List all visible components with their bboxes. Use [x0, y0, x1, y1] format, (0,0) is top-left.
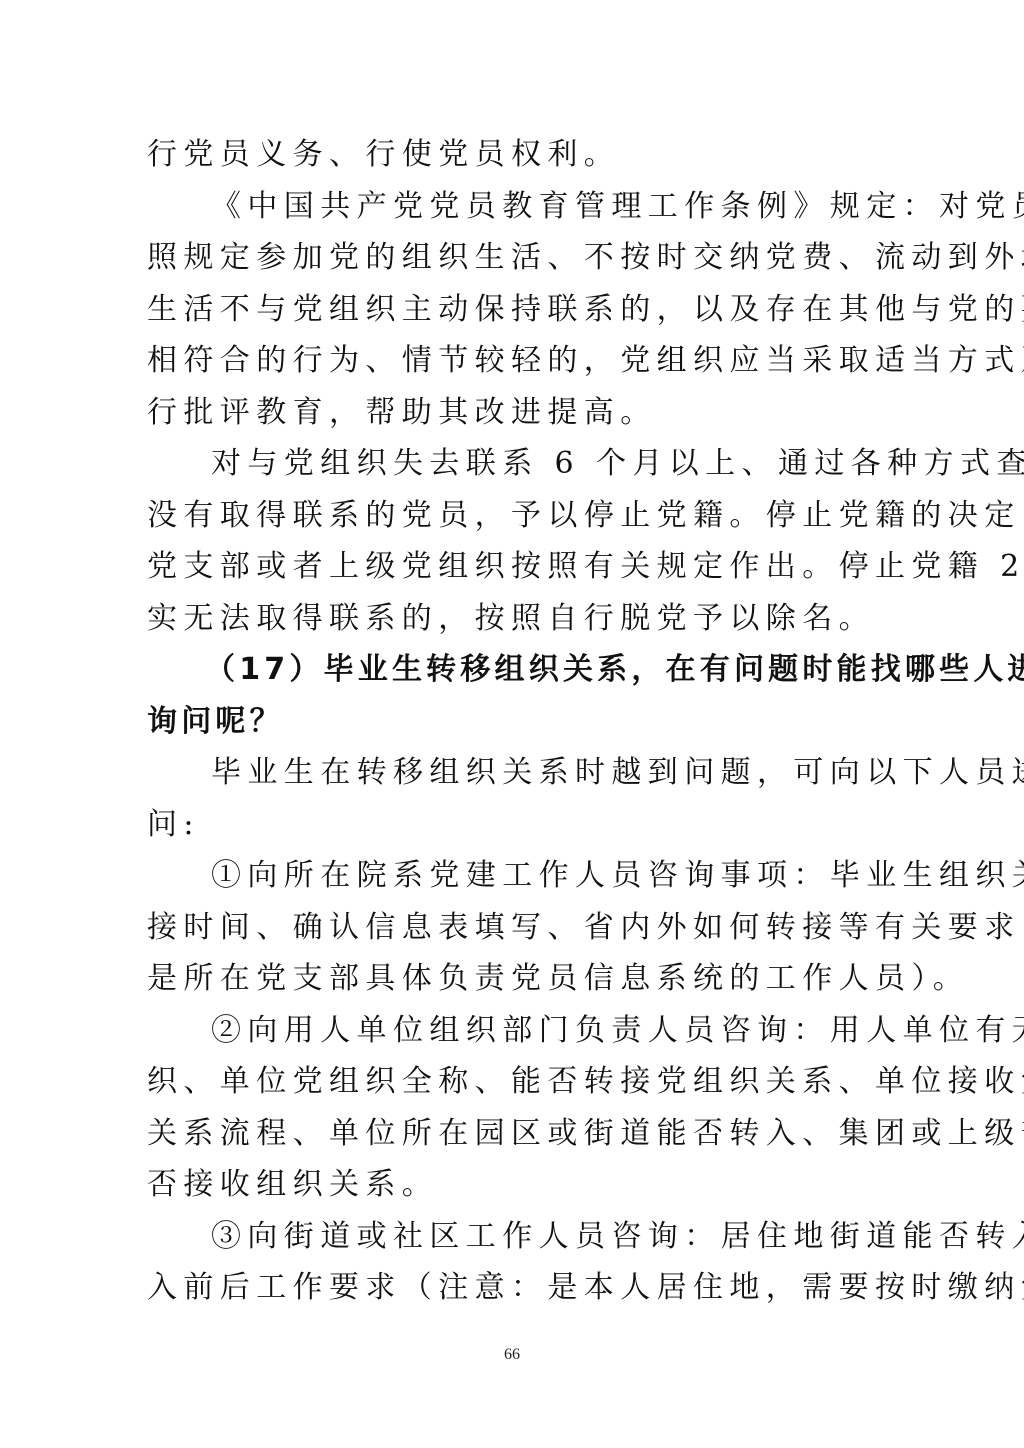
text-line: 照规定参加党的组织生活、不按时交纳党费、流动到外地工作 [147, 232, 887, 284]
text-line: 入前后工作要求（注意：是本人居住地，需要按时缴纳党费， [147, 1262, 887, 1314]
text-line: 没有取得联系的党员，予以停止党籍。停止党籍的决定由所在 [147, 490, 887, 542]
text-line: 织、单位党组织全称、能否转接党组织关系、单位接收党组织 [147, 1056, 887, 1108]
text-line: 相符合的行为、情节较轻的，党组织应当采取适当方式及时进 [147, 335, 887, 387]
text-line: 实无法取得联系的，按照自行脱党予以除名。 [147, 593, 887, 645]
document-body: 行党员义务、行使党员权利。 《中国共产党党员教育管理工作条例》规定：对党员不按 … [147, 129, 887, 1314]
section-heading: （17）毕业生转移组织关系，在有问题时能找哪些人进行 [147, 644, 887, 696]
text-line: 问: [147, 799, 887, 851]
text-line: 党支部或者上级党组织按照有关规定作出。停止党籍 2 年后确 [147, 541, 887, 593]
text-line: 接时间、确认信息表填写、省内外如何转接等有关要求（通常 [147, 902, 887, 954]
paragraph-start: 对与党组织失去联系 6 个月以上、通过各种方式查找仍然 [147, 438, 887, 490]
paragraph-start: 《中国共产党党员教育管理工作条例》规定：对党员不按 [147, 181, 887, 233]
text-line: 行党员义务、行使党员权利。 [147, 129, 887, 181]
page-number: 66 [0, 1346, 1024, 1364]
text-line: 关系流程、单位所在园区或街道能否转入、集团或上级部门能 [147, 1108, 887, 1160]
text-line: 否接收组织关系。 [147, 1159, 887, 1211]
text-line: 行批评教育，帮助其改进提高。 [147, 387, 887, 439]
section-heading-cont: 询问呢？ [147, 696, 887, 748]
text-line: 是所在党支部具体负责党员信息系统的工作人员）。 [147, 953, 887, 1005]
list-item-3: ③向街道或社区工作人员咨询：居住地街道能否转入，转 [147, 1211, 887, 1263]
list-item-2: ②向用人单位组织部门负责人员咨询：用人单位有无党组 [147, 1005, 887, 1057]
paragraph-start: 毕业生在转移组织关系时越到问题，可向以下人员进行询 [147, 747, 887, 799]
text-line: 生活不与党组织主动保持联系的，以及存在其他与党的要求不 [147, 284, 887, 336]
list-item-1: ①向所在院系党建工作人员咨询事项：毕业生组织关系转 [147, 850, 887, 902]
